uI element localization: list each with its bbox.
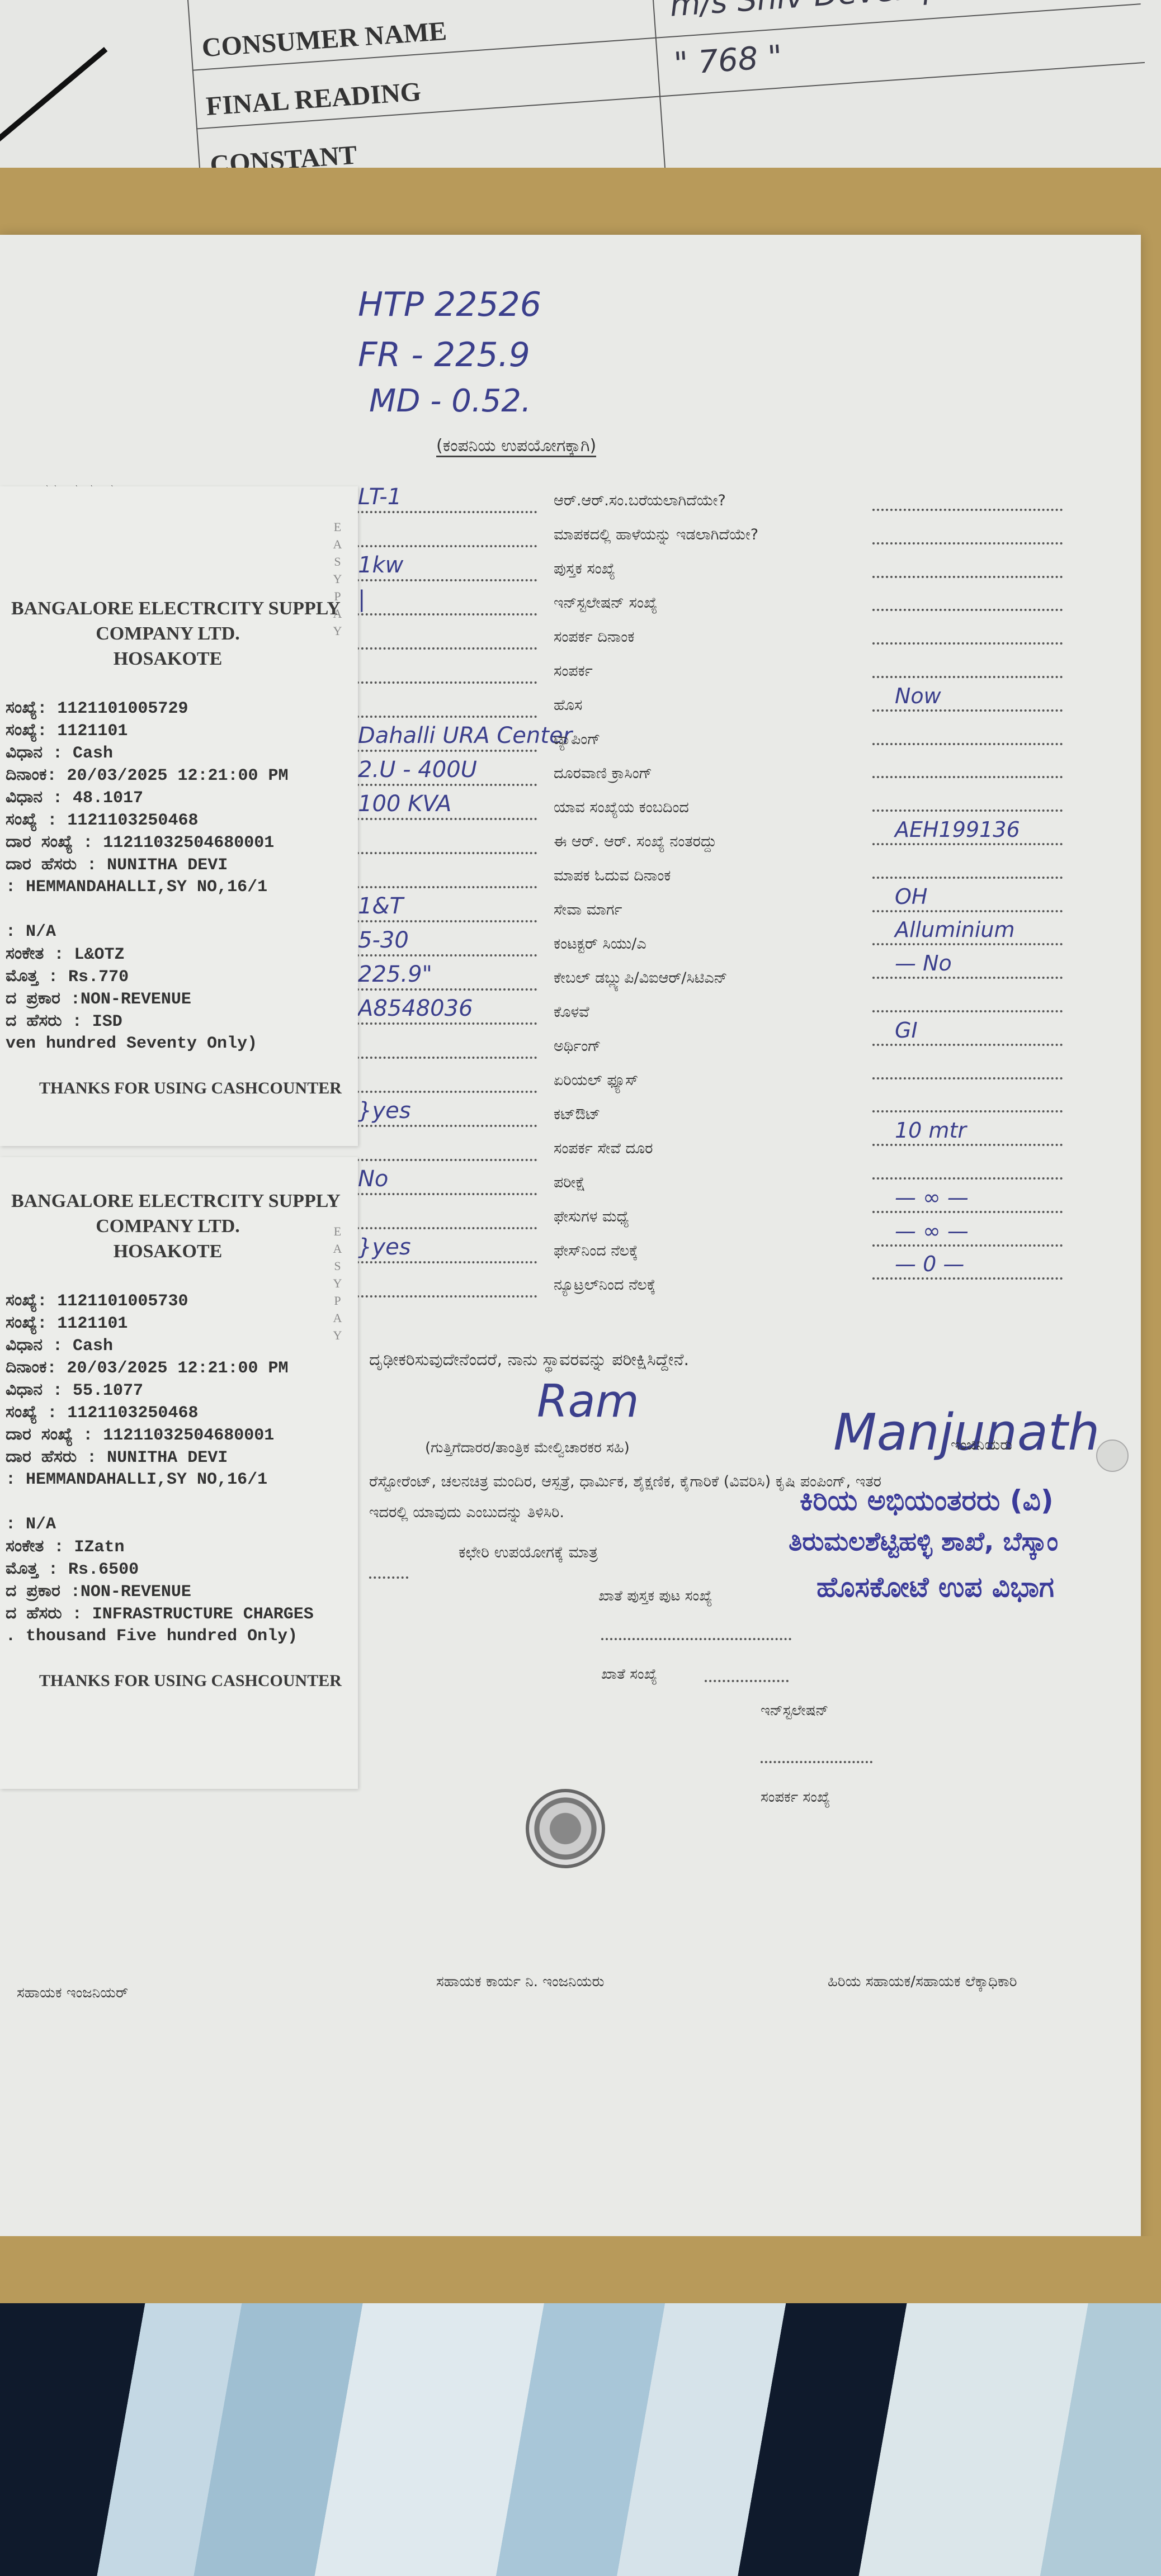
receipt-line: ಸಂಖ್ಯೆ : 1121103250468 bbox=[6, 1403, 198, 1423]
hw-md: MD - 0.52. bbox=[369, 383, 531, 419]
receipt-line: ಸಂಖ್ಯೆ: 1121101 bbox=[6, 1314, 128, 1333]
receipt-line: ದ ಹೆಸರು : INFRASTRUCTURE CHARGES bbox=[6, 1604, 314, 1624]
receipt-company-2: COMPANY LTD. bbox=[11, 623, 324, 645]
right-field-line[interactable] bbox=[872, 576, 1063, 578]
field-label: ಕಂಟಕ್ಟರ್ ಸಿಯು/ಎ bbox=[554, 935, 646, 953]
right-field-line[interactable] bbox=[872, 642, 1063, 645]
left-field-line[interactable] bbox=[352, 681, 537, 684]
right-field-line[interactable] bbox=[872, 1244, 1063, 1247]
left-field-line[interactable] bbox=[352, 1193, 537, 1195]
right-field-line[interactable] bbox=[872, 743, 1063, 745]
receipt-company-2: COMPANY LTD. bbox=[11, 1216, 324, 1237]
field-label: ಸಂಪರ್ಕ ದಿನಾಂಕ bbox=[554, 628, 634, 646]
dotted-line bbox=[369, 1576, 408, 1579]
left-field-line[interactable] bbox=[352, 1295, 537, 1298]
receipt-line: . thousand Five hundred Only) bbox=[6, 1627, 298, 1646]
field-label: ಇನ್‌ಸ್ಟಲೇಷನ್ ಸಂಖ್ಯೆ bbox=[554, 594, 657, 612]
left-field-value[interactable]: 5-30 bbox=[358, 927, 409, 953]
easypay-watermark: EASYPAY bbox=[330, 1224, 344, 1346]
easypay-watermark: EASYPAY bbox=[330, 520, 344, 641]
receipt-line: ಸಂಖ್ಯೆ: 1121101005730 bbox=[6, 1291, 188, 1311]
right-field-line[interactable] bbox=[872, 676, 1063, 678]
right-field-line[interactable] bbox=[872, 1110, 1063, 1112]
account-no-field[interactable] bbox=[705, 1680, 789, 1682]
receipt-thanks: THANKS FOR USING CASHCOUNTER bbox=[39, 1079, 342, 1098]
left-field-line[interactable] bbox=[352, 954, 537, 956]
receipt-line: ದಾರ ಸಂಖ್ಯೆ : 11211032504680001 bbox=[6, 833, 274, 853]
field-label: ಏರಿಯಲ್ ಫ್ಯೂಸ್ bbox=[554, 1072, 638, 1090]
declaration: ದೃಢೀಕರಿಸುವುದೇನೆಂದರೆ, ನಾನು ಸ್ಥಾವರವನ್ನು ಪರ… bbox=[369, 1350, 689, 1370]
receipt-company: BANGALORE ELECTRCITY SUPPLY bbox=[11, 598, 324, 619]
payment-receipt-2: BANGALORE ELECTRCITY SUPPLYCOMPANY LTD.H… bbox=[0, 1157, 358, 1789]
left-field-line[interactable] bbox=[352, 511, 537, 513]
left-field-value[interactable]: 1kw bbox=[358, 552, 403, 578]
field-label: ನ್ಯೂಟ್ರಲ್‌ನಿಂದ ನೆಲಕ್ಕೆ bbox=[554, 1276, 656, 1294]
account-no-label: ಖಾತೆ ಸಂಖ್ಯೆ bbox=[601, 1666, 657, 1683]
receipt-line: : N/A bbox=[6, 922, 56, 941]
field-label: ಮಾಪಕದಲ್ಲಿ ಹಾಳೆಯನ್ನು ಇಡಲಾಗಿದೆಯೇ? bbox=[554, 526, 758, 544]
receipt-line: ವಿಧಾನ : 55.1077 bbox=[6, 1381, 143, 1400]
left-field-line[interactable] bbox=[352, 1261, 537, 1263]
stamp-line-2: ತಿರುಮಲಶೆಟ್ಟಿಹಳ್ಳಿ ಶಾಖೆ, ಬೆಸ್ಕಾಂ bbox=[789, 1526, 1058, 1557]
right-field-line[interactable] bbox=[872, 877, 1063, 879]
payment-receipt-1: BANGALORE ELECTRCITY SUPPLYCOMPANY LTD.H… bbox=[0, 486, 358, 1146]
ledger-page-field[interactable] bbox=[601, 1638, 791, 1640]
installation-field[interactable] bbox=[761, 1761, 872, 1763]
right-field-value[interactable]: 10 mtr bbox=[895, 1118, 966, 1143]
punch-hole bbox=[1096, 1439, 1129, 1472]
left-field-line[interactable] bbox=[352, 818, 537, 820]
field-label: ಮಾಪಕ ಓದುವ ದಿನಾಂಕ bbox=[554, 867, 671, 885]
field-label: ಫೇಸುಗಳ ಮಧ್ಯೆ bbox=[554, 1208, 629, 1226]
receipt-line: ವಿಧಾನ : 48.1017 bbox=[6, 788, 143, 808]
right-field-line[interactable] bbox=[872, 1077, 1063, 1079]
right-field-value[interactable]: — ∞ — bbox=[895, 1185, 969, 1210]
receipt-line: ಮೊತ್ತ : Rs.770 bbox=[6, 967, 129, 987]
receipt-line: ದಾರ ಸಂಖ್ಯೆ : 11211032504680001 bbox=[6, 1426, 274, 1445]
field-label: ಯಾವ ಸಂಖ್ಯೆಯ ಕಂಬದಿಂದ bbox=[554, 799, 689, 817]
receipt-line: ದಿನಾಂಕ: 20/03/2025 12:21:00 PM bbox=[6, 1358, 289, 1378]
installation-label: ಇನ್‌ಸ್ಟಲೇಷನ್ bbox=[761, 1702, 828, 1720]
right-field-line[interactable] bbox=[872, 542, 1063, 544]
aee-sign-label: ಸಹಾಯಕ ಕಾರ್ಯ ನಿ. ಇಂಜನಿಯರು bbox=[436, 1973, 604, 1991]
receipt-line: ಸಂಕೇತ : L&OTZ bbox=[6, 945, 124, 964]
left-field-value[interactable]: | bbox=[358, 586, 365, 612]
field-label: ಸಂಪರ್ಕ ಸೇವೆ ದೂರ bbox=[554, 1140, 653, 1158]
left-field-line[interactable] bbox=[352, 1022, 537, 1025]
left-field-value[interactable]: 100 KVA bbox=[358, 791, 451, 817]
left-field-line[interactable] bbox=[352, 750, 537, 752]
right-field-value[interactable]: — 0 — bbox=[895, 1252, 964, 1276]
receipt-line: : N/A bbox=[6, 1515, 56, 1534]
connection-no-label: ಸಂಪರ್ಕ ಸಂಖ್ಯೆ bbox=[761, 1789, 830, 1806]
receipt-line: : HEMMANDAHALLI,SY NO,16/1 bbox=[6, 878, 267, 897]
right-field-line[interactable] bbox=[872, 1144, 1063, 1146]
left-field-value[interactable]: 1&T bbox=[358, 893, 403, 919]
stamp-line-1: ಕಿರಿಯ ಅಭಿಯಂತರರು (ವಿ) bbox=[800, 1484, 1054, 1517]
field-label: ಸಂಪರ್ಕ bbox=[554, 662, 593, 680]
right-field-value[interactable]: AEH199136 bbox=[895, 817, 1020, 842]
receipt-line: ದ ಪ್ರಕಾರ :NON-REVENUE bbox=[6, 1582, 191, 1602]
receipt-line: ಸಂಖ್ಯೆ : 1121103250468 bbox=[6, 811, 198, 830]
left-field-line[interactable] bbox=[352, 1091, 537, 1093]
right-field-value[interactable]: GI bbox=[895, 1018, 918, 1043]
receipt-line: ವಿಧಾನ : Cash bbox=[6, 744, 113, 763]
final-reading-value: " 768 " bbox=[673, 39, 784, 82]
left-field-line[interactable] bbox=[352, 920, 537, 922]
receipt-line: ದ ಪ್ರಕಾರ :NON-REVENUE bbox=[6, 989, 191, 1009]
ae-sign-label: ಸಹಾಯಕ ಇಂಜನಿಯರ್ bbox=[17, 1985, 128, 2002]
right-field-value[interactable]: — ∞ — bbox=[895, 1219, 969, 1243]
field-label: ಅರ್ಥಿಂಗ್ bbox=[554, 1038, 601, 1055]
right-field-line[interactable] bbox=[872, 1277, 1063, 1280]
category-text-2: ಇದರಲ್ಲಿ ಯಾವುದು ಎಂಬುದನ್ನು ತಿಳಿಸಿರಿ. bbox=[369, 1504, 564, 1522]
field-label: ಸೇವಾ ಮಾರ್ಗ bbox=[554, 901, 622, 919]
left-field-value[interactable]: 2.U - 400U bbox=[358, 757, 477, 783]
field-label: ಫೇಸ್‌ನಿಂದ ನೆಲಕ್ಕೆ bbox=[554, 1242, 638, 1260]
hw-htp: HTP 22526 bbox=[358, 285, 541, 324]
left-field-line[interactable] bbox=[352, 1227, 537, 1229]
contractor-signature[interactable]: Ram bbox=[537, 1375, 639, 1427]
right-field-line[interactable] bbox=[872, 910, 1063, 912]
hw-fr: FR - 225.9 bbox=[358, 335, 530, 375]
receipt-line: ಸಂಖ್ಯೆ: 1121101005729 bbox=[6, 699, 188, 718]
right-field-line[interactable] bbox=[872, 1211, 1063, 1213]
left-field-line[interactable] bbox=[352, 613, 537, 615]
left-field-line[interactable] bbox=[352, 716, 537, 718]
left-field-line[interactable] bbox=[352, 886, 537, 888]
office-use-label: ಕಛೇರಿ ಉಪಯೋಗಕ್ಕೆ ಮಾತ್ರ bbox=[459, 1543, 598, 1562]
field-label: ಕಟ್‌ಔಟ್ bbox=[554, 1106, 600, 1124]
field-label: ಆರ್.ಆರ್.ಸಂ.ಬರೆಯಲಾಗಿದೆಯೇ? bbox=[554, 492, 726, 510]
left-field-line[interactable] bbox=[352, 852, 537, 854]
field-label: ಕೊಳವೆ bbox=[554, 1003, 589, 1021]
right-field-line[interactable] bbox=[872, 809, 1063, 812]
right-field-line[interactable] bbox=[872, 509, 1063, 511]
right-field-line[interactable] bbox=[872, 977, 1063, 979]
right-field-value[interactable]: — No bbox=[895, 951, 952, 976]
section-title: (ಕಂಪನಿಯ ಉಪಯೋಗಕ್ಕಾಗಿ) bbox=[436, 436, 596, 457]
contractor-sign-label: (ಗುತ್ತಿಗೆದಾರರ/ತಾಂತ್ರಿಕ ಮೇಲ್ವಿಚಾರಕರ ಸಹಿ) bbox=[425, 1439, 630, 1457]
receipt-line: ಸಂಖ್ಯೆ: 1121101 bbox=[6, 721, 128, 741]
left-field-line[interactable] bbox=[352, 784, 537, 786]
left-field-value[interactable]: 225.9" bbox=[358, 962, 432, 987]
left-field-line[interactable] bbox=[352, 579, 537, 581]
bescom-emblem bbox=[526, 1789, 605, 1868]
field-label: ಪುಸ್ತಕ ಸಂಖ್ಯೆ bbox=[554, 560, 615, 578]
receipt-line: : HEMMANDAHALLI,SY NO,16/1 bbox=[6, 1470, 267, 1489]
receipt-line: ದ ಹೆಸರು : ISD bbox=[6, 1012, 122, 1031]
ledger-page-label: ಖಾತೆ ಪುಸ್ತಕ ಪುಟ ಸಂಖ್ಯೆ bbox=[598, 1588, 712, 1605]
receipt-branch: HOSAKOTE bbox=[11, 648, 324, 670]
right-field-line[interactable] bbox=[872, 776, 1063, 778]
left-field-line[interactable] bbox=[352, 1159, 537, 1161]
receipt-company: BANGALORE ELECTRCITY SUPPLY bbox=[11, 1191, 324, 1212]
left-field-value[interactable]: Dahalli URA Center bbox=[358, 723, 572, 749]
field-label: ಈ ಆರ್. ಆರ್. ಸಂಖ್ಯೆ ನಂತರದ್ದು bbox=[554, 833, 716, 851]
left-field-line[interactable] bbox=[352, 545, 537, 547]
receipt-line: ದಾರ ಹೆಸರು : NUNITHA DEVI bbox=[6, 855, 228, 875]
receipt-thanks: THANKS FOR USING CASHCOUNTER bbox=[39, 1671, 342, 1690]
receipt-line: ವಿಧಾನ : Cash bbox=[6, 1336, 113, 1356]
left-field-value[interactable]: LT-1 bbox=[358, 484, 402, 510]
right-field-value[interactable]: Now bbox=[895, 684, 941, 708]
receipt-line: ven hundred Seventy Only) bbox=[6, 1034, 257, 1053]
left-field-value[interactable]: }yes bbox=[358, 1234, 411, 1260]
left-field-line[interactable] bbox=[352, 1125, 537, 1127]
left-field-value[interactable]: A8548036 bbox=[358, 996, 473, 1021]
right-field-value[interactable]: OH bbox=[895, 884, 927, 909]
right-field-line[interactable] bbox=[872, 609, 1063, 611]
right-field-line[interactable] bbox=[872, 1010, 1063, 1012]
receipt-line: ಸಂಕೇತ : IZatn bbox=[6, 1537, 124, 1557]
field-label: ಕೇಬಲ್ ಡಬ್ಲ್ಯುಪಿ/ವಿಐಆರ್/ಸಿಟಿಎನ್ bbox=[554, 969, 727, 987]
receipt-branch: HOSAKOTE bbox=[11, 1241, 324, 1262]
right-field-value[interactable]: Alluminium bbox=[895, 917, 1015, 942]
left-field-line[interactable] bbox=[352, 1057, 537, 1059]
stamp-line-3: ಹೊಸಕೋಟೆ ಉಪ ವಿಭಾಗ bbox=[817, 1571, 1054, 1604]
aao-sign-label: ಹಿರಿಯ ಸಹಾಯಕ/ಸಹಾಯಕ ಲೆಕ್ಕಾಧಿಕಾರಿ bbox=[828, 1973, 1017, 1991]
receipt-line: ಮೊತ್ತ : Rs.6500 bbox=[6, 1560, 139, 1579]
right-field-line[interactable] bbox=[872, 943, 1063, 945]
left-field-value[interactable]: No bbox=[358, 1166, 388, 1192]
left-field-line[interactable] bbox=[352, 647, 537, 650]
right-field-line[interactable] bbox=[872, 843, 1063, 845]
background-cloth bbox=[0, 2303, 1161, 2576]
left-field-value[interactable]: }yes bbox=[358, 1098, 411, 1124]
cardboard-edge bbox=[0, 2236, 1161, 2303]
right-field-line[interactable] bbox=[872, 1044, 1063, 1046]
receipt-line: ದಾರ ಹೆಸರು : NUNITHA DEVI bbox=[6, 1448, 228, 1467]
right-field-line[interactable] bbox=[872, 1177, 1063, 1180]
receipt-line: ದಿನಾಂಕ: 20/03/2025 12:21:00 PM bbox=[6, 766, 289, 785]
left-field-line[interactable] bbox=[352, 988, 537, 991]
pen bbox=[0, 47, 107, 145]
right-field-line[interactable] bbox=[872, 709, 1063, 712]
engineer-sign-label: ಇಂಜಿನಿಯರು bbox=[951, 1437, 1012, 1454]
field-label: ಪರೀಕ್ಷೆ bbox=[554, 1174, 586, 1192]
field-label: ದೂರವಾಣಿ ಕ್ರಾಸಿಂಗ್ bbox=[554, 765, 652, 783]
field-label: ಹೊಸ bbox=[554, 697, 582, 714]
field-label: ಟ್ಯಾಪಿಂಗ್ bbox=[554, 731, 601, 749]
